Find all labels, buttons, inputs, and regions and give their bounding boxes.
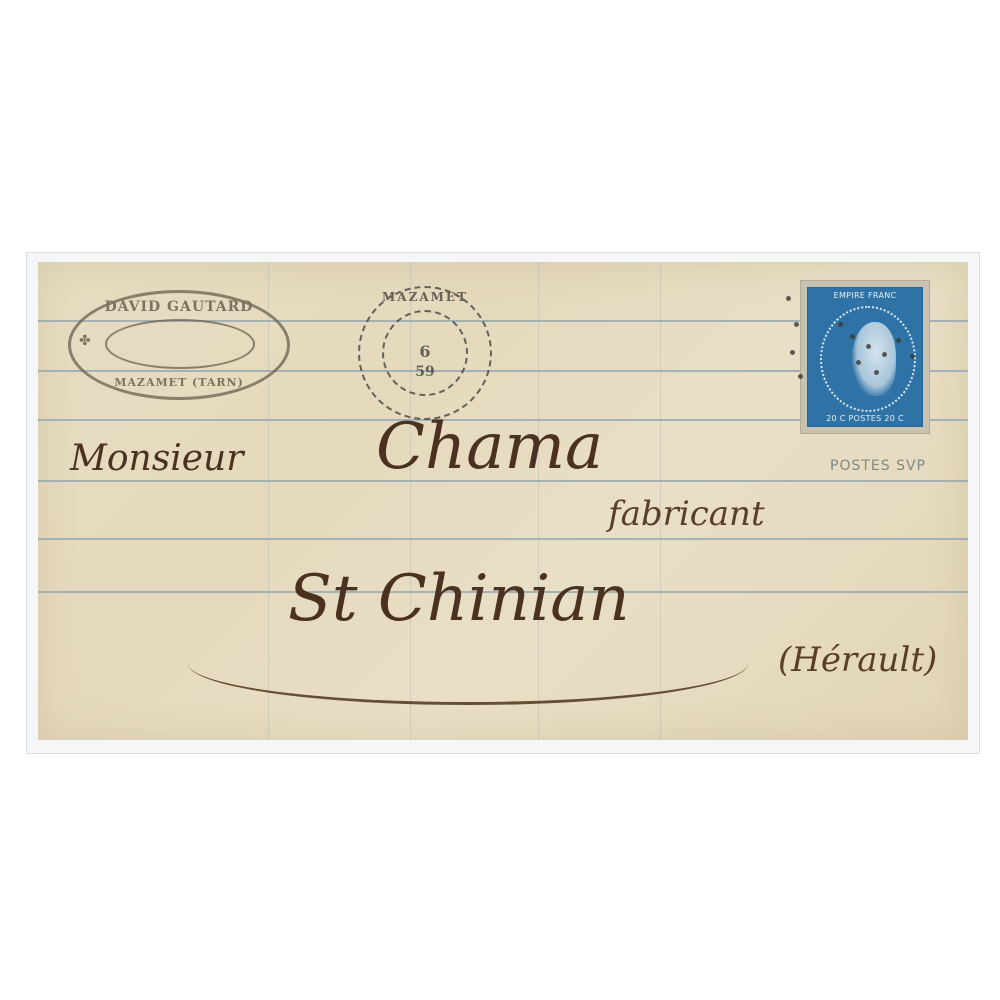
cancel-dot <box>786 296 791 301</box>
flower-icon: ✤ <box>79 333 91 349</box>
salutation: Monsieur <box>70 438 243 479</box>
cancel-dot <box>896 338 901 343</box>
cachet-sender-town: MAZAMET (TARN) <box>71 376 287 389</box>
letter-cover: DAVID GAUTARD ✤ MAZAMET (TARN) MAZAMET 6… <box>38 262 968 740</box>
ruled-line <box>38 538 968 540</box>
stamp-bottom-text: 20 C POSTES 20 C <box>808 414 922 423</box>
cancel-dot <box>866 344 871 349</box>
cancel-dot <box>882 352 887 357</box>
stamp-top-text: EMPIRE FRANC <box>808 291 922 300</box>
stamp-medallion <box>820 306 916 412</box>
sender-cachet: DAVID GAUTARD ✤ MAZAMET (TARN) <box>68 290 290 400</box>
pencil-annotation: POSTES SVP <box>830 458 926 474</box>
postmark-day: 6 <box>384 342 466 361</box>
portrait-icon <box>852 322 896 396</box>
postmark-year: 59 <box>384 364 466 380</box>
recipient-occupation: fabricant <box>608 494 765 534</box>
stamp-frame: EMPIRE FRANC 20 C POSTES 20 C <box>807 287 923 427</box>
cancel-dot <box>874 370 879 375</box>
postmark-inner-ring: 6 59 <box>382 310 468 396</box>
cancel-dot <box>856 360 861 365</box>
recipient-name: Chama <box>376 410 603 484</box>
cancel-dot <box>790 350 795 355</box>
destination-department: (Hérault) <box>778 640 937 680</box>
cachet-inner-ring <box>105 319 255 369</box>
cancel-dot <box>910 354 915 359</box>
date-postmark: MAZAMET 6 59 <box>358 286 492 420</box>
cancel-dot <box>838 322 843 327</box>
underline-flourish <box>188 622 748 705</box>
cachet-sender-name: DAVID GAUTARD <box>71 299 287 315</box>
postmark-town: MAZAMET <box>360 290 490 304</box>
cancel-dot <box>798 374 803 379</box>
cancel-dot <box>850 334 855 339</box>
cancel-dot <box>794 322 799 327</box>
